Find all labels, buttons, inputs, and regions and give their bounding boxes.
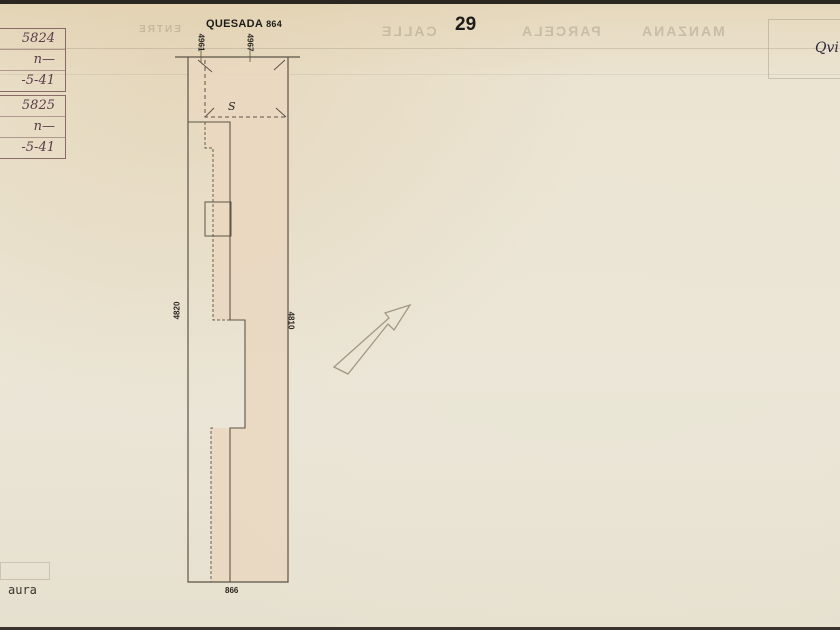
- left-dimension: 4820: [173, 296, 182, 326]
- structure-label: S: [228, 100, 236, 113]
- top-dimension-left: 4961: [197, 30, 206, 56]
- right-dimension: 4810: [287, 306, 296, 336]
- bottom-left-note: aura: [8, 583, 37, 597]
- plot-drawing: [0, 0, 840, 630]
- bottom-left-box: [0, 562, 50, 580]
- north-arrow-icon: [334, 305, 410, 374]
- bottom-number: 866: [225, 586, 238, 595]
- top-dimension-right: 4967: [246, 30, 255, 56]
